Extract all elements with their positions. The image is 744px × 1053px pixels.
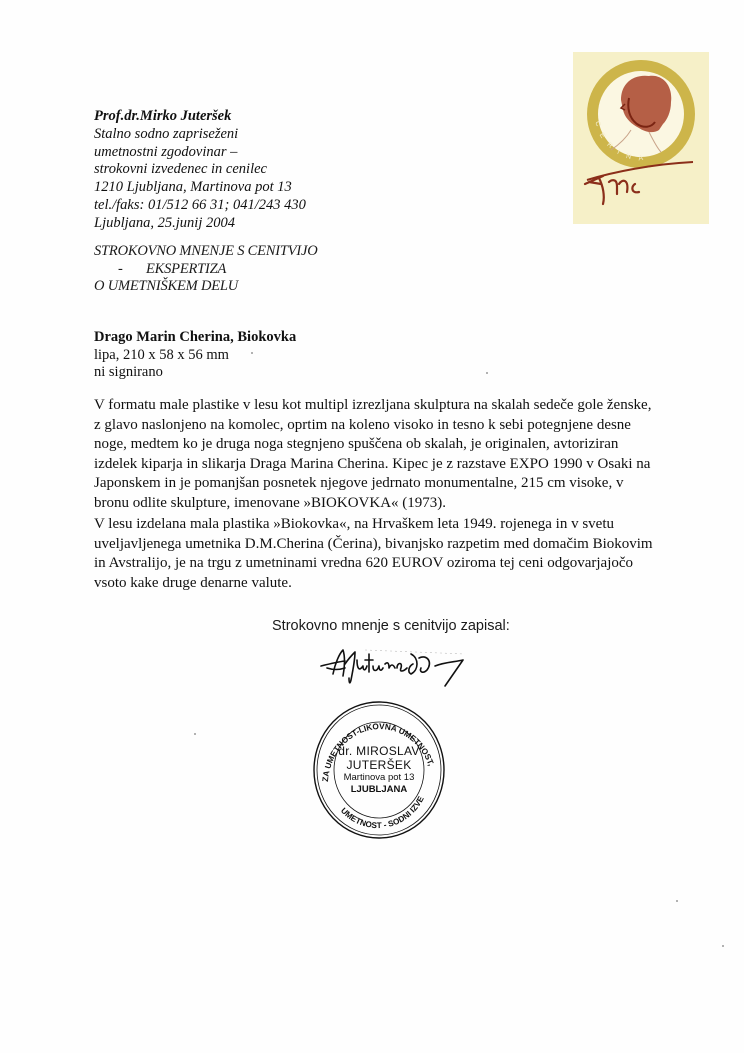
paragraph-line: z glavo naslonjeno na komolec, oprtim na… — [94, 416, 674, 436]
stamp-line-2: JUTERŠEK — [346, 758, 411, 772]
title-line-1: STROKOVNO MNENJE S CENITVIJO — [94, 243, 318, 261]
sender-phone: tel./faks: 01/512 66 31; 041/243 430 — [94, 197, 306, 215]
stamp-text: dr. MIROSLAV JUTERŠEK Martinova pot 13 L… — [312, 700, 446, 840]
valuation-paragraph: V lesu izdelana mala plastika »Biokovka«… — [94, 515, 674, 593]
artwork-dimensions: lipa, 210 x 58 x 56 mm — [94, 347, 296, 365]
paragraph-line: V formatu male plastike v lesu kot multi… — [94, 396, 674, 416]
paragraph-line: vsoto kake druge denarne valute. — [94, 574, 674, 594]
paragraph-line: Japonskem in je pomanjšan posnetek njego… — [94, 474, 674, 494]
paragraph-line: in Avstralijo, je na trgu z umetninami v… — [94, 554, 674, 574]
paragraph-line: noge, medtem ko je druga noga stegnjeno … — [94, 435, 674, 455]
document-title: STROKOVNO MNENJE S CENITVIJO -EKSPERTIZA… — [94, 243, 318, 296]
sender-address: 1210 Ljubljana, Martinova pot 13 — [94, 179, 306, 197]
stamp-line-1: dr. MIROSLAV — [338, 744, 419, 758]
stamp-line-3: Martinova pot 13 — [344, 772, 415, 784]
title-line-2: -EKSPERTIZA — [94, 261, 318, 279]
sender-line: strokovni izvedenec in cenilec — [94, 161, 306, 179]
sender-block: Prof.dr.Mirko Juteršek Stalno sodno zapr… — [94, 108, 306, 233]
sender-line: umetnostni zgodovinar – — [94, 144, 306, 162]
signature-icon — [315, 640, 475, 688]
artwork-info: Drago Marin Cherina, Biokovka lipa, 210 … — [94, 329, 296, 382]
handwritten-signature — [315, 640, 475, 688]
paragraph-line: uveljavljenega umetnika D.M.Cherina (Čer… — [94, 535, 674, 555]
artwork-title: Drago Marin Cherina, Biokovka — [94, 329, 296, 347]
scan-speck — [676, 900, 678, 902]
artwork-signature-status: ni signirano — [94, 364, 296, 382]
title-line-3: O UMETNIŠKEM DELU — [94, 278, 318, 296]
paragraph-line: V lesu izdelana mala plastika »Biokovka«… — [94, 515, 674, 535]
paragraph-line: izdelek kiparja in slikarja Draga Marina… — [94, 455, 674, 475]
paragraph-line: bronu odlite skulpture, imenovane »BIOKO… — [94, 494, 674, 514]
title-expertiza: EKSPERTIZA — [146, 261, 226, 277]
scan-speck — [194, 733, 196, 735]
official-stamp: ZA UMETNOST-LIKOVNA UMETNOST, RUSKA UMET… — [312, 700, 446, 840]
closing-statement: Strokovno mnenje s cenitvijo zapisal: — [272, 618, 510, 634]
sender-name: Prof.dr.Mirko Juteršek — [94, 108, 306, 126]
title-dash: - — [118, 261, 146, 279]
sender-line: Stalno sodno zapriseženi — [94, 126, 306, 144]
portrait-medallion-icon: CERINA — [573, 52, 709, 224]
description-paragraph: V formatu male plastike v lesu kot multi… — [94, 396, 674, 514]
document-page: CERINA Prof.dr.Mirko Juteršek Stalno sod… — [0, 0, 744, 1053]
scan-speck — [486, 372, 488, 374]
artist-logo: CERINA — [573, 52, 709, 224]
document-date: Ljubljana, 25.junij 2004 — [94, 215, 306, 233]
stamp-line-4: LJUBLJANA — [351, 784, 407, 796]
scan-speck — [251, 352, 253, 354]
scan-speck — [722, 945, 724, 947]
